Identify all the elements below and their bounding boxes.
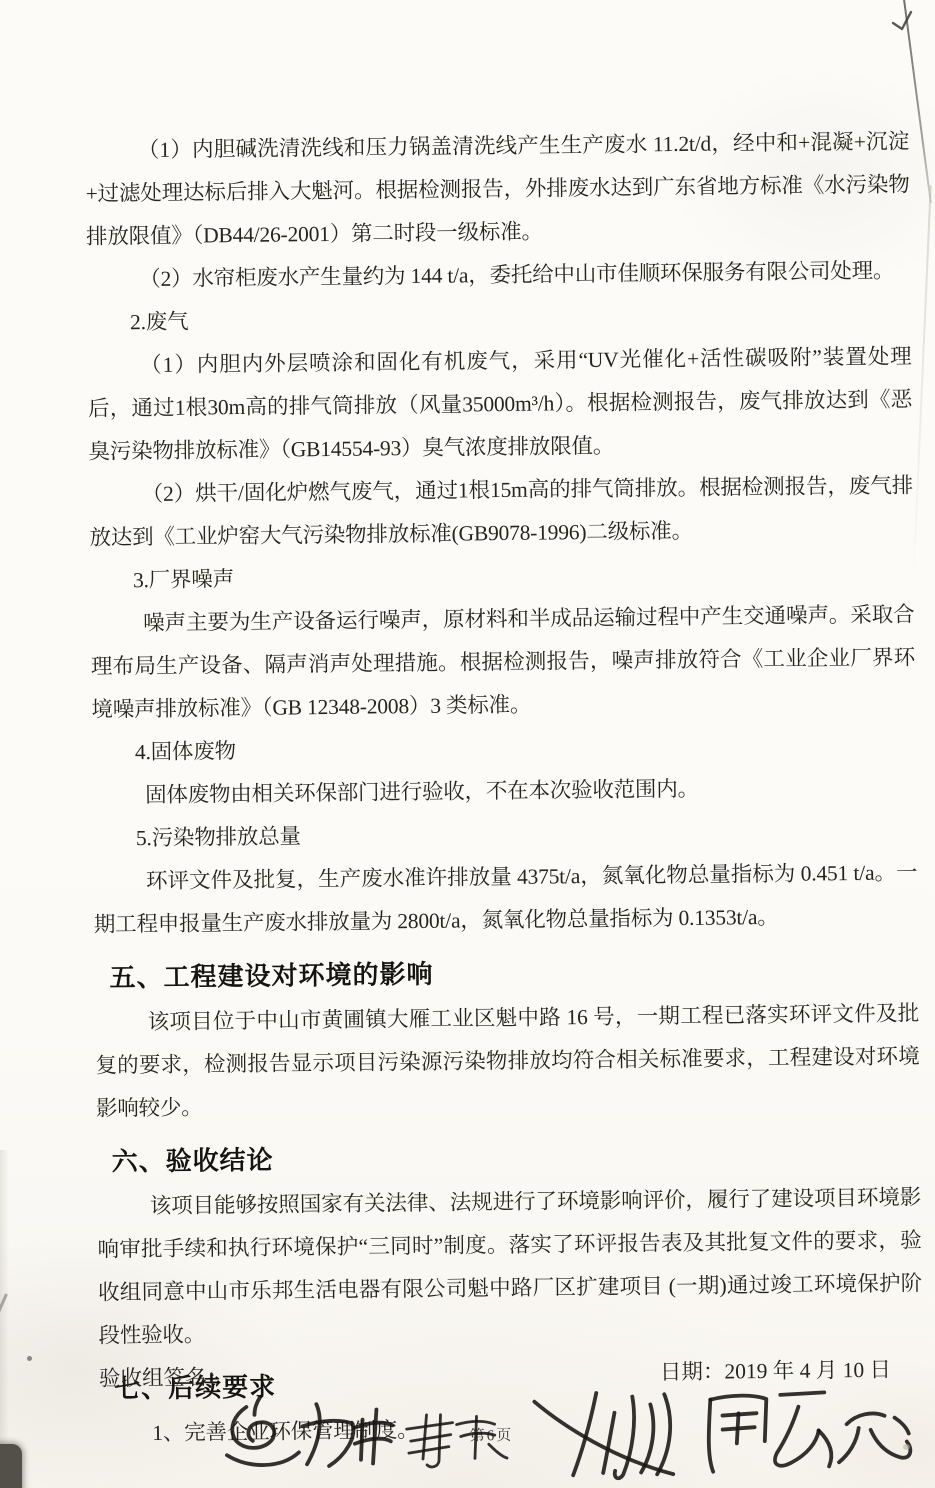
handwritten-signatures — [194, 1383, 935, 1486]
signature-stroke — [640, 1404, 654, 1472]
signature-stroke — [602, 1413, 615, 1473]
signature-stroke — [227, 1452, 299, 1465]
scan-speck — [27, 1356, 32, 1361]
signature-stroke — [407, 1423, 453, 1430]
document-body: （1）内胆碱洗清洗线和压力锅盖清洗线产生生产废水 11.2t/d，经中和+混凝+… — [85, 120, 924, 1455]
signature-stroke — [306, 1404, 320, 1464]
signature-stroke — [839, 1428, 859, 1462]
signature-stroke — [847, 1413, 885, 1424]
signature-stroke — [708, 1400, 713, 1472]
signature-stroke — [409, 1447, 449, 1453]
body-paragraph: （1）内胆内外层喷涂和固化有机废气，采用“UV光催化+活性碳吸附”装置处理后，通… — [87, 335, 912, 473]
signature-stroke — [656, 1394, 670, 1474]
scan-mark-check — [890, 8, 916, 34]
signature-stroke — [372, 1409, 377, 1463]
signature-stroke — [895, 1417, 909, 1433]
body-paragraph: 噪声主要为生产设备运行噪声，原材料和半成品运输过程中产生交通噪声。采取合理布局生… — [90, 593, 915, 731]
signature-stroke — [774, 1406, 819, 1465]
body-paragraph: （1）内胆碱洗清洗线和压力锅盖清洗线产生生产废水 11.2t/d，经中和+混凝+… — [85, 120, 910, 258]
body-paragraph: 该项目能够按照国家有关法律、法规进行了环境影响评价，履行了建设项目环境影响审批手… — [97, 1176, 923, 1357]
body-paragraph: 该项目位于中山市黄圃镇大雁工业区魁中路 16 号，一期工程已落实环评文件及批复的… — [95, 992, 920, 1130]
signature-stroke — [736, 1413, 738, 1443]
signature-label: 验收组签名： — [99, 1360, 228, 1392]
signature-stroke — [411, 1435, 451, 1441]
section-heading: 六、验收结论 — [111, 1135, 920, 1178]
section-heading: 五、工程建设对环境的影响 — [109, 951, 918, 994]
scan-edge-shading — [0, 1150, 9, 1488]
signature-stroke — [819, 1430, 832, 1466]
signature-stroke — [426, 1415, 441, 1467]
signature-stroke — [614, 1397, 635, 1479]
scan-speck — [903, 1444, 910, 1450]
body-paragraph: 环评文件及批复，生产废水准许排放量 4375t/a，氮氧化物总量指标为 0.45… — [93, 851, 918, 946]
signature-stroke — [254, 1397, 260, 1415]
signature-stroke — [489, 1444, 507, 1458]
signature-stroke — [422, 1415, 426, 1459]
signature-stroke — [780, 1392, 824, 1394]
scanned-document-page: （1）内胆碱洗清洗线和压力锅盖清洗线产生生产废水 11.2t/d，经中和+混凝+… — [0, 0, 935, 1488]
body-paragraph: （2）烘干/固化炉燃气废气，通过1根15m高的排气筒排放。根据检测报告，废气排放… — [89, 464, 914, 559]
date-text: 日期：2019 年 4 月 10 日 — [660, 1353, 891, 1387]
signature-stroke — [572, 1393, 597, 1475]
document-sheet: （1）内胆碱洗清洗线和压力锅盖清洗线产生生产废水 11.2t/d，经中和+混凝+… — [0, 0, 935, 1488]
signature-stroke — [475, 1416, 477, 1458]
scan-corner-smudge — [0, 1444, 22, 1488]
signature-stroke — [461, 1433, 495, 1437]
